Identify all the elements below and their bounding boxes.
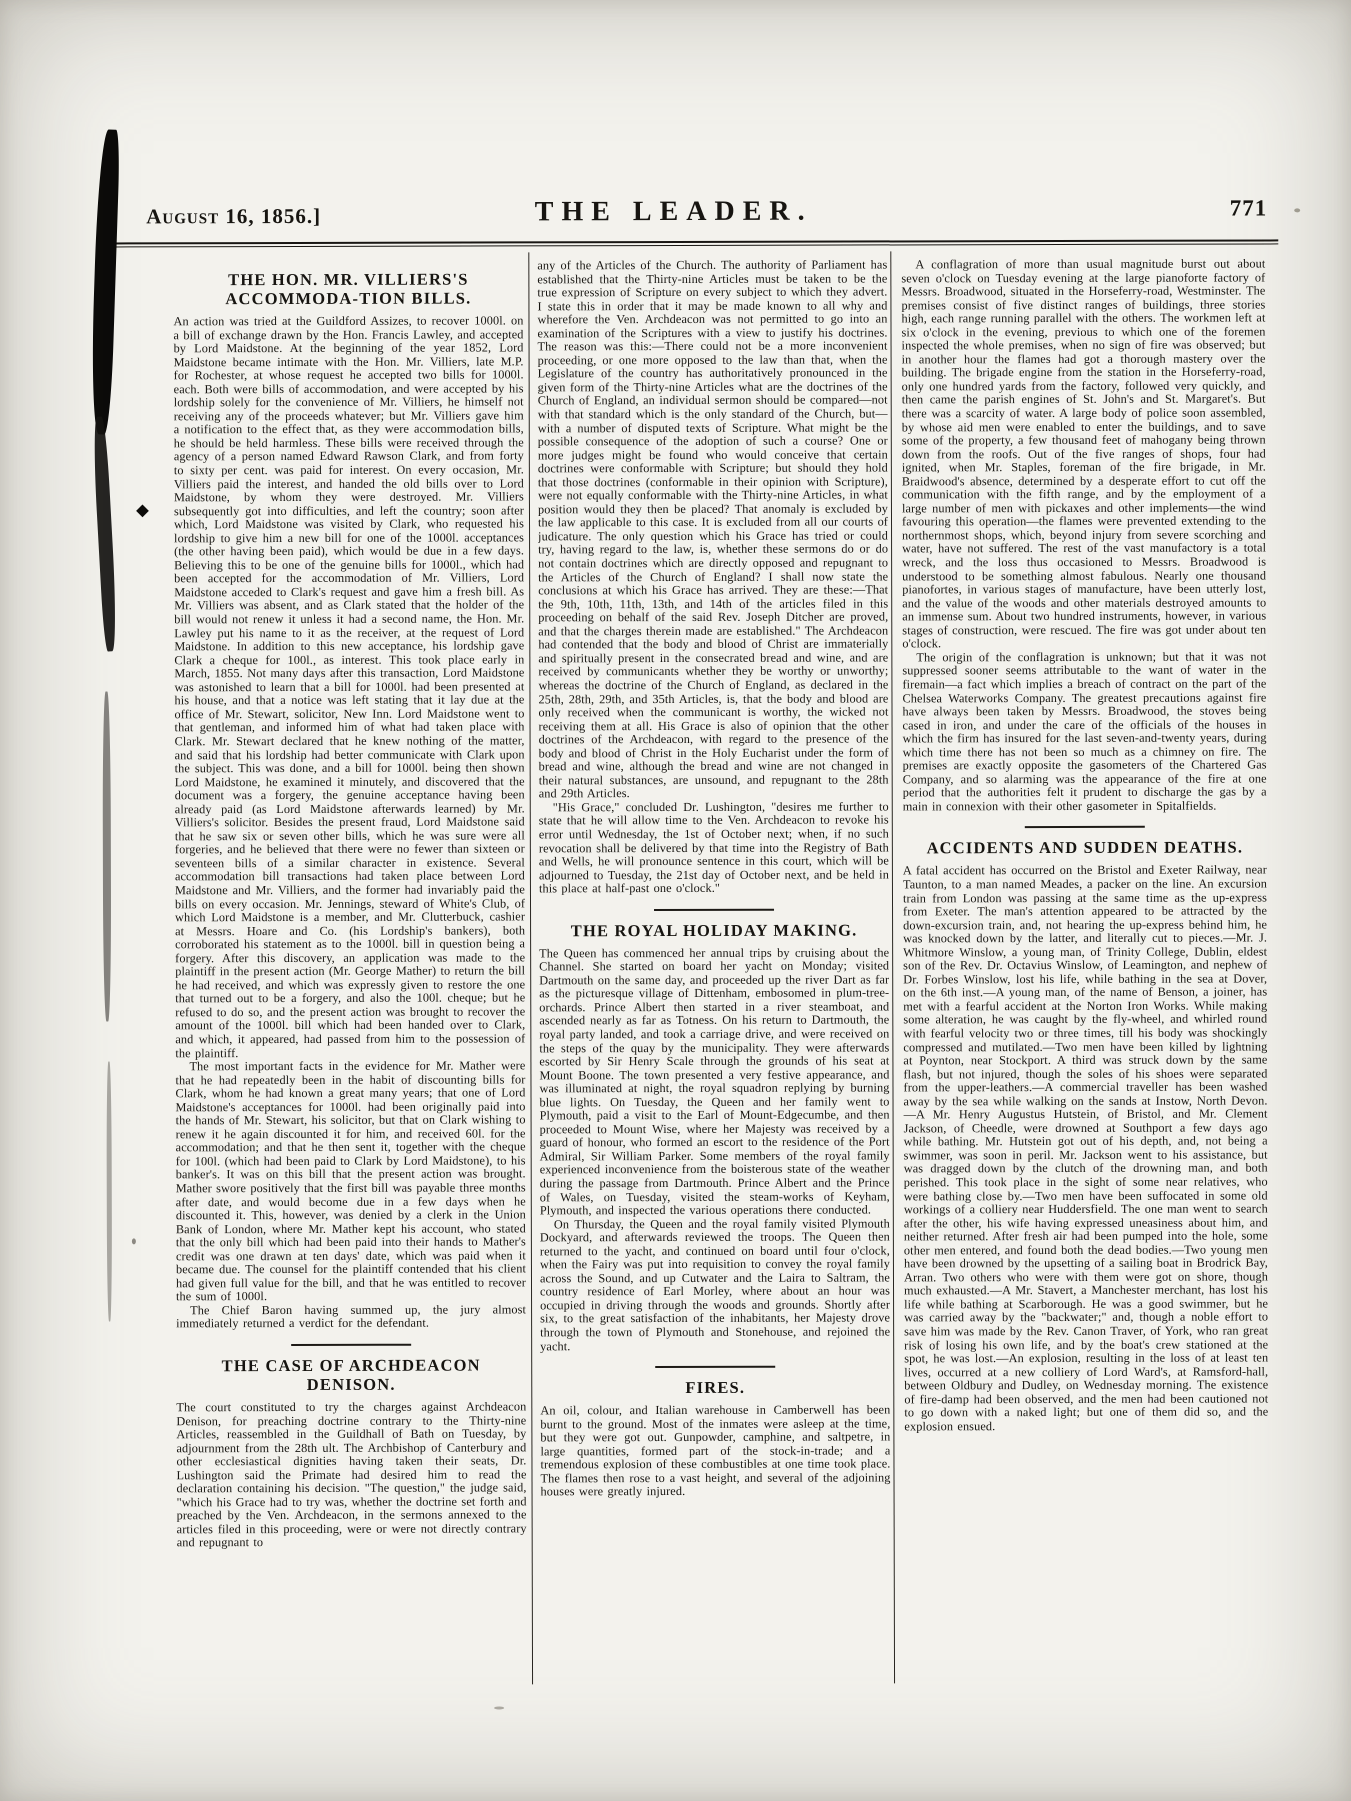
article-paragraph: A conflagration of more than usual magni… [901, 257, 1266, 651]
article-paragraph: An action was tried at the Guildford Ass… [173, 314, 525, 1060]
masthead-rule [114, 239, 1278, 247]
article-paragraph: The origin of the conflagration is unkno… [902, 650, 1266, 814]
columns-container: THE HON. MR. VILLIERS'S ACCOMMODA-TION B… [173, 257, 1269, 1698]
ink-blot-artifact [136, 505, 149, 518]
article-paragraph: An oil, colour, and Italian warehouse in… [540, 1404, 890, 1500]
article-paragraph: any of the Articles of the Church. The a… [537, 258, 888, 801]
article-separator [1025, 826, 1145, 828]
article-paragraph: On Thursday, the Queen and the royal fam… [540, 1217, 890, 1353]
column-2: any of the Articles of the Church. The a… [537, 258, 891, 1697]
film-edge-artifact [92, 416, 119, 651]
article-paragraph: "His Grace," concluded Dr. Lushington, "… [539, 800, 889, 896]
article-paragraph: A fatal accident has occurred on the Bri… [903, 864, 1268, 1434]
masthead-title: THE LEADER. [0, 194, 1349, 230]
page: August 16, 1856.] THE LEADER. 771 THE HO… [0, 0, 1351, 1801]
column-1: THE HON. MR. VILLIERS'S ACCOMMODA-TION B… [173, 259, 527, 1698]
film-edge-artifact [102, 691, 111, 1021]
masthead-page-number: 771 [1230, 195, 1268, 221]
article-paragraph: The most important facts in the evidence… [175, 1059, 526, 1304]
article-separator [654, 908, 774, 910]
article-paragraph: The Queen has commenced her annual trips… [539, 946, 890, 1218]
article-heading: THE ROYAL HOLIDAY MAKING. [547, 920, 881, 940]
speck-artifact [494, 1706, 504, 1709]
article-paragraph: The court constituted to try the charges… [176, 1400, 526, 1550]
article-heading: ACCIDENTS AND SUDDEN DEATHS. [911, 838, 1259, 858]
article-separator [291, 1344, 411, 1346]
article-heading: THE HON. MR. VILLIERS'S ACCOMMODA-TION B… [181, 269, 515, 308]
film-edge-artifact [106, 1061, 112, 1321]
film-edge-artifact [89, 129, 120, 435]
column-3: A conflagration of more than usual magni… [901, 257, 1269, 1696]
article-heading: FIRES. [548, 1378, 882, 1398]
article-separator [655, 1366, 775, 1368]
article-heading: THE CASE OF ARCHDEACON DENISON. [184, 1355, 518, 1394]
article-paragraph: The Chief Baron having summed up, the ju… [176, 1303, 526, 1331]
newspaper-page: { "masthead": { "date": "August 16, 1856… [0, 0, 1351, 1801]
speck-artifact [132, 1238, 136, 1244]
